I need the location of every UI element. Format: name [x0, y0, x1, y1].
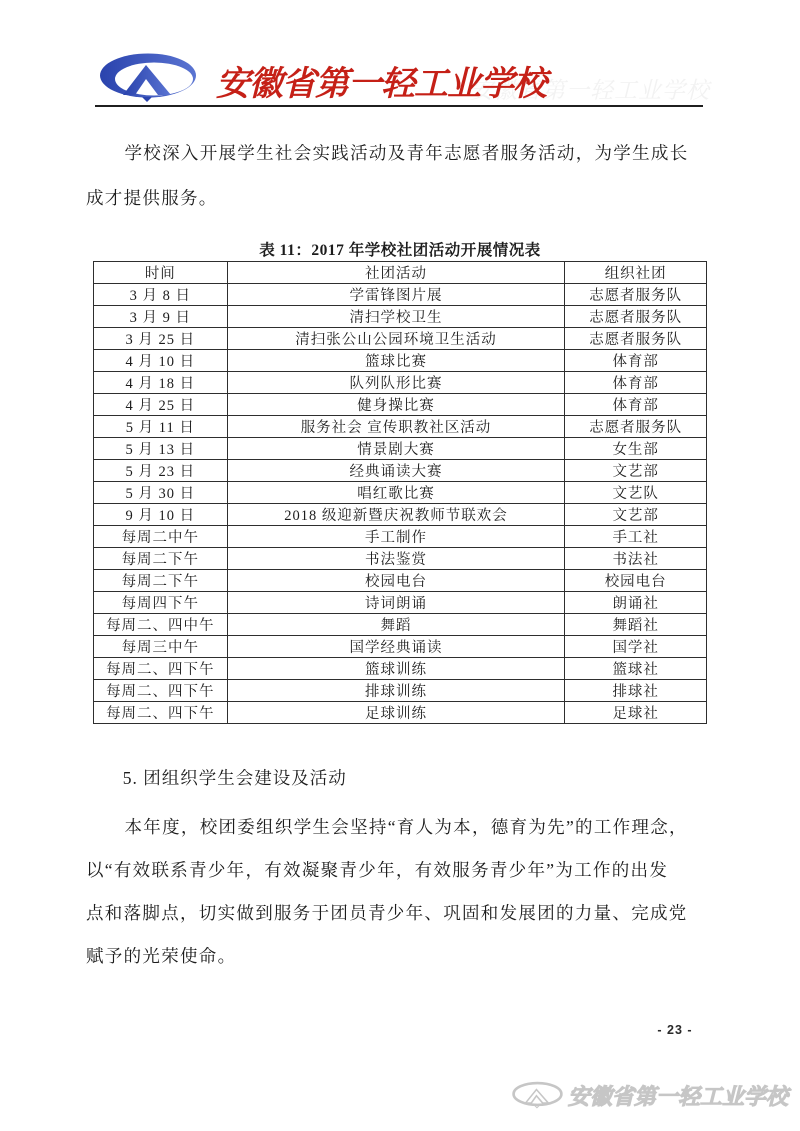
- table-cell: 3 月 9 日: [94, 306, 228, 328]
- table-row: 4 月 18 日队列队形比赛体育部: [94, 372, 707, 394]
- intro-paragraph: 学校深入开展学生社会实践活动及青年志愿者服务活动，为学生成长成才提供服务。: [86, 131, 710, 221]
- table-cell: 情景剧大赛: [227, 438, 565, 460]
- table-row: 每周二、四中午舞蹈舞蹈社: [94, 614, 707, 636]
- watermark-logo-icon: [512, 1078, 564, 1112]
- table-row: 5 月 13 日情景剧大赛女生部: [94, 438, 707, 460]
- table-body: 3 月 8 日学雷锋图片展志愿者服务队3 月 9 日清扫学校卫生志愿者服务队3 …: [94, 284, 707, 724]
- table-cell: 4 月 10 日: [94, 350, 228, 372]
- watermark-text: 安徽省第一轻工业学校: [568, 1080, 788, 1111]
- table-cell: 篮球社: [565, 658, 707, 680]
- table-row: 每周三中午国学经典诵读国学社: [94, 636, 707, 658]
- table-row: 每周二、四下午排球训练排球社: [94, 680, 707, 702]
- table-cell: 3 月 8 日: [94, 284, 228, 306]
- table-cell: 志愿者服务队: [565, 416, 707, 438]
- table-cell: 文艺部: [565, 460, 707, 482]
- table-row: 4 月 10 日篮球比赛体育部: [94, 350, 707, 372]
- table-row: 5 月 30 日唱红歌比赛文艺队: [94, 482, 707, 504]
- text-line: 赋予的光荣使命。: [86, 935, 710, 978]
- section-paragraph: 本年度，校团委组织学生会坚持“育人为本，德育为先”的工作理念，以“有效联系青少年…: [86, 806, 710, 978]
- table-header-row: 时间 社团活动 组织社团: [94, 262, 707, 284]
- table-cell: 清扫学校卫生: [227, 306, 565, 328]
- text-line: 以“有效联系青少年，有效凝聚青少年，有效服务青少年”为工作的出发: [86, 849, 710, 892]
- table-cell: 3 月 25 日: [94, 328, 228, 350]
- table-row: 每周二下午书法鉴赏书法社: [94, 548, 707, 570]
- table-row: 每周二、四下午足球训练足球社: [94, 702, 707, 724]
- text-line: 点和落脚点，切实做到服务于团员青少年、巩固和发展团的力量、完成党: [86, 892, 710, 935]
- table-cell: 服务社会 宣传职教社区活动: [227, 416, 565, 438]
- table-row: 每周二中午手工制作手工社: [94, 526, 707, 548]
- section-heading: 5. 团组织学生会建设及活动: [86, 766, 710, 790]
- table-cell: 篮球训练: [227, 658, 565, 680]
- school-logo-icon: [99, 53, 199, 102]
- table-cell: 手工社: [565, 526, 707, 548]
- table-cell: 9 月 10 日: [94, 504, 228, 526]
- table-row: 4 月 25 日健身操比赛体育部: [94, 394, 707, 416]
- table-cell: 每周三中午: [94, 636, 228, 658]
- table-cell: 校园电台: [227, 570, 565, 592]
- table-cell: 学雷锋图片展: [227, 284, 565, 306]
- table-cell: 每周四下午: [94, 592, 228, 614]
- table-cell: 排球社: [565, 680, 707, 702]
- table-cell: 体育部: [565, 350, 707, 372]
- table-cell: 4 月 25 日: [94, 394, 228, 416]
- table-row: 3 月 9 日清扫学校卫生志愿者服务队: [94, 306, 707, 328]
- table-cell: 志愿者服务队: [565, 306, 707, 328]
- table-cell: 5 月 30 日: [94, 482, 228, 504]
- table-cell: 足球训练: [227, 702, 565, 724]
- table-cell: 诗词朗诵: [227, 592, 565, 614]
- table-cell: 校园电台: [565, 570, 707, 592]
- table-row: 每周二、四下午篮球训练篮球社: [94, 658, 707, 680]
- text-line: 成才提供服务。: [86, 176, 710, 221]
- table-cell: 手工制作: [227, 526, 565, 548]
- table-cell: 每周二下午: [94, 570, 228, 592]
- table-cell: 国学经典诵读: [227, 636, 565, 658]
- table-cell: 足球社: [565, 702, 707, 724]
- club-activities-table: 时间 社团活动 组织社团 3 月 8 日学雷锋图片展志愿者服务队3 月 9 日清…: [93, 261, 707, 724]
- table-cell: 志愿者服务队: [565, 328, 707, 350]
- footer-watermark: 安徽省第一轻工业学校: [512, 1078, 788, 1112]
- column-header-organizer: 组织社团: [565, 262, 707, 284]
- header-divider: [95, 105, 703, 107]
- table-cell: 唱红歌比赛: [227, 482, 565, 504]
- text-line: 学校深入开展学生社会实践活动及青年志愿者服务活动，为学生成长: [86, 131, 710, 176]
- table-cell: 体育部: [565, 394, 707, 416]
- table-cell: 每周二、四下午: [94, 680, 228, 702]
- column-header-time: 时间: [94, 262, 228, 284]
- table-cell: 4 月 18 日: [94, 372, 228, 394]
- table-row: 9 月 10 日2018 级迎新暨庆祝教师节联欢会文艺部: [94, 504, 707, 526]
- table-cell: 5 月 23 日: [94, 460, 228, 482]
- table-cell: 经典诵读大赛: [227, 460, 565, 482]
- table-row: 5 月 23 日经典诵读大赛文艺部: [94, 460, 707, 482]
- table-cell: 舞蹈社: [565, 614, 707, 636]
- table-cell: 国学社: [565, 636, 707, 658]
- page-number: - 23 -: [640, 1023, 710, 1037]
- table-cell: 每周二、四中午: [94, 614, 228, 636]
- text-line: 本年度，校团委组织学生会坚持“育人为本，德育为先”的工作理念，: [86, 806, 710, 849]
- table-cell: 书法社: [565, 548, 707, 570]
- table-cell: 每周二中午: [94, 526, 228, 548]
- table-cell: 2018 级迎新暨庆祝教师节联欢会: [227, 504, 565, 526]
- table-cell: 篮球比赛: [227, 350, 565, 372]
- table-row: 3 月 8 日学雷锋图片展志愿者服务队: [94, 284, 707, 306]
- table-row: 每周四下午诗词朗诵朗诵社: [94, 592, 707, 614]
- table-cell: 文艺队: [565, 482, 707, 504]
- table-cell: 每周二、四下午: [94, 702, 228, 724]
- table-cell: 每周二、四下午: [94, 658, 228, 680]
- table-cell: 舞蹈: [227, 614, 565, 636]
- table-row: 5 月 11 日服务社会 宣传职教社区活动志愿者服务队: [94, 416, 707, 438]
- table-cell: 女生部: [565, 438, 707, 460]
- table-cell: 清扫张公山公园环境卫生活动: [227, 328, 565, 350]
- document-page: 安徽省第一轻工业学校 安徽省第一轻工业学校 学校深入开展学生社会实践活动及青年志…: [0, 0, 800, 1131]
- table-cell: 5 月 13 日: [94, 438, 228, 460]
- table-cell: 健身操比赛: [227, 394, 565, 416]
- table-row: 每周二下午校园电台校园电台: [94, 570, 707, 592]
- table-cell: 队列队形比赛: [227, 372, 565, 394]
- table-cell: 体育部: [565, 372, 707, 394]
- column-header-activity: 社团活动: [227, 262, 565, 284]
- table-cell: 5 月 11 日: [94, 416, 228, 438]
- table-row: 3 月 25 日清扫张公山公园环境卫生活动志愿者服务队: [94, 328, 707, 350]
- school-name-title: 安徽省第一轻工业学校: [216, 56, 546, 105]
- table-title: 表 11：2017 年学校社团活动开展情况表: [93, 238, 707, 260]
- table-cell: 每周二下午: [94, 548, 228, 570]
- table-cell: 文艺部: [565, 504, 707, 526]
- table-cell: 书法鉴赏: [227, 548, 565, 570]
- table-cell: 排球训练: [227, 680, 565, 702]
- table-cell: 朗诵社: [565, 592, 707, 614]
- table-cell: 志愿者服务队: [565, 284, 707, 306]
